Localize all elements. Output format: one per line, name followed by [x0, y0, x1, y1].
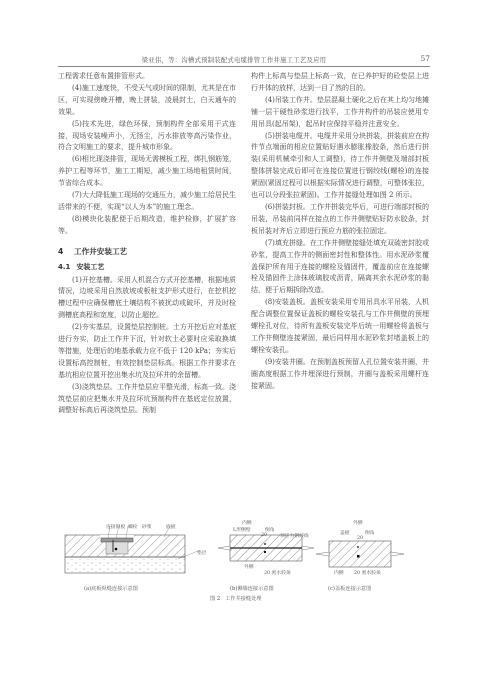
- caption-panel-c: (c)盖板连接示意图: [328, 585, 371, 592]
- running-title: 梁亚伟，等：沟槽式预制装配式电缆排管工作井施工工艺及应用: [58, 55, 410, 64]
- paragraph: (4)施工速度快，不受天气或时间的限制，尤其是在市区，可实现傍晚开槽，晚上拼装，…: [58, 83, 236, 119]
- paragraph: (7)大大降低施工现场的交通压力，减少施工给居民生活带来的不便，实现“以人为本”…: [58, 190, 236, 214]
- figure-2: 连接钢板 螺栓 砂浆 底板 垫层 内侧 L形侧壁 倒角 20 预应力钢绞线 外侧…: [58, 519, 430, 609]
- label-waterstop: 20 密水胶条: [264, 569, 291, 576]
- left-column: 工程需求任意布置排管形式。 (4)施工速度快，不受天气或时间的限制，尤其是在市区…: [58, 71, 236, 417]
- section-number: 4: [58, 246, 74, 258]
- label-dimension: 20: [261, 533, 267, 538]
- header-rule: [58, 66, 430, 67]
- paragraph: (9)安装井圈。在预制盖板预留人孔位置安装井圈，井圈高度根据工作井埋深进行预制，…: [251, 357, 429, 393]
- section-title: 工作井安装工艺: [74, 247, 127, 256]
- caption-panel-a: (a)底板纵缝连接示意图: [84, 585, 138, 592]
- paragraph: 工程需求任意布置排管形式。: [58, 71, 236, 83]
- caption-panel-b: (b)侧墙连接示意图: [230, 585, 274, 592]
- label-mortar: 砂浆: [142, 523, 152, 530]
- label-inner-side: 内侧: [334, 569, 344, 576]
- label-prestressed-strand: 预应力钢绞线: [280, 532, 309, 539]
- label-dimension: 20: [357, 536, 363, 541]
- label-cover-plate: 盖板: [340, 529, 350, 536]
- paragraph: 构件上标高与垫层上标高一致，在已养护好的砼垫层上进行井体的放样，达到一目了然的目…: [251, 71, 429, 95]
- subsection-heading: 4.1 安装工艺: [58, 262, 236, 274]
- section-heading: 4工作井安装工艺: [58, 246, 236, 258]
- panel-a-drawing: [65, 526, 198, 573]
- paragraph: (8)安装盖板。盖板安装采用专用吊具水平吊装，人机配合调整位置保证盖板的螺栓安装…: [251, 297, 429, 357]
- figure-caption: 图 2 工作井接缝处理: [210, 595, 261, 602]
- paragraph: (6)相比现浇排管，现场无需模板工程，绑扎钢筋笼，养护工程等环节，施工工期短，减…: [58, 154, 236, 190]
- label-chamfer: 倒角: [265, 526, 275, 533]
- paragraph: (5)拼装电缆井。电缆井采用分块拼装，拼装前应在构件节点端面的相应位置贴好遇水膨…: [251, 131, 429, 202]
- right-column: 构件上标高与垫层上标高一致，在已养护好的砼垫层上进行井体的放样，达到一目了然的目…: [251, 71, 429, 392]
- subsection-title: 安装工艺: [76, 263, 104, 271]
- paragraph: (3)浇筑垫层。工作井垫层应平整光滑，标高一致。浇筑垫层前应把集水井及拉环坑预制…: [58, 382, 236, 418]
- subsection-number: 4.1: [58, 262, 74, 274]
- paragraph: (4)吊装工作井。垫层混凝土硬化之后在其上均匀地摊铺一层干硬性砂浆进行找平，工作…: [251, 95, 429, 131]
- label-chamfer: 倒角: [365, 529, 375, 536]
- label-cushion: 垫层: [197, 549, 207, 556]
- paragraph: (6)拼装封板。工作井拼装完毕后，可进行端部封板的吊装，吊装前同样在接点的工作井…: [251, 202, 429, 238]
- figure-title: 工作井接缝处理: [225, 596, 261, 602]
- paragraph: (8)模块化装配便于后期改造，维护检修，扩展扩容等。: [58, 214, 236, 238]
- label-bolt: 螺栓: [128, 523, 138, 530]
- paragraph: (2)夯实基层，设置垫层控制桩。土方开挖后应对基底进行夯实，防止工作井下沉，针对…: [58, 322, 236, 382]
- label-l-wall: L形侧壁: [233, 526, 251, 533]
- paragraph: (5)技术先进，绿色环保，预制构件全部采用干式连接，现场安装噪声小，无扬尘，污水…: [58, 119, 236, 155]
- panel-c-drawing: [316, 541, 404, 567]
- label-connecting-plate: 连接钢板: [106, 523, 125, 530]
- label-waterstop: 20 密水胶条: [354, 569, 381, 576]
- page-number: 57: [420, 54, 430, 63]
- label-outer-side: 外侧: [244, 563, 254, 570]
- running-header: 梁亚伟，等：沟槽式预制装配式电缆排管工作井施工工艺及应用 57: [58, 52, 430, 66]
- paragraph: (1)开挖基槽。采用人机混合方式开挖基槽，根据地质情况，边坡采用自然放坡或板桩支…: [58, 275, 236, 323]
- paragraph: (7)填充拼缝。在工作井侧壁接缝处填充双硫密封胶或砂浆，提高工作井的侧面密封性和…: [251, 238, 429, 298]
- figure-number: 图 2: [210, 596, 220, 602]
- label-outer-side: 外侧: [353, 519, 363, 526]
- label-inner-side: 内侧: [242, 519, 252, 526]
- label-base-plate: 底板: [166, 523, 176, 530]
